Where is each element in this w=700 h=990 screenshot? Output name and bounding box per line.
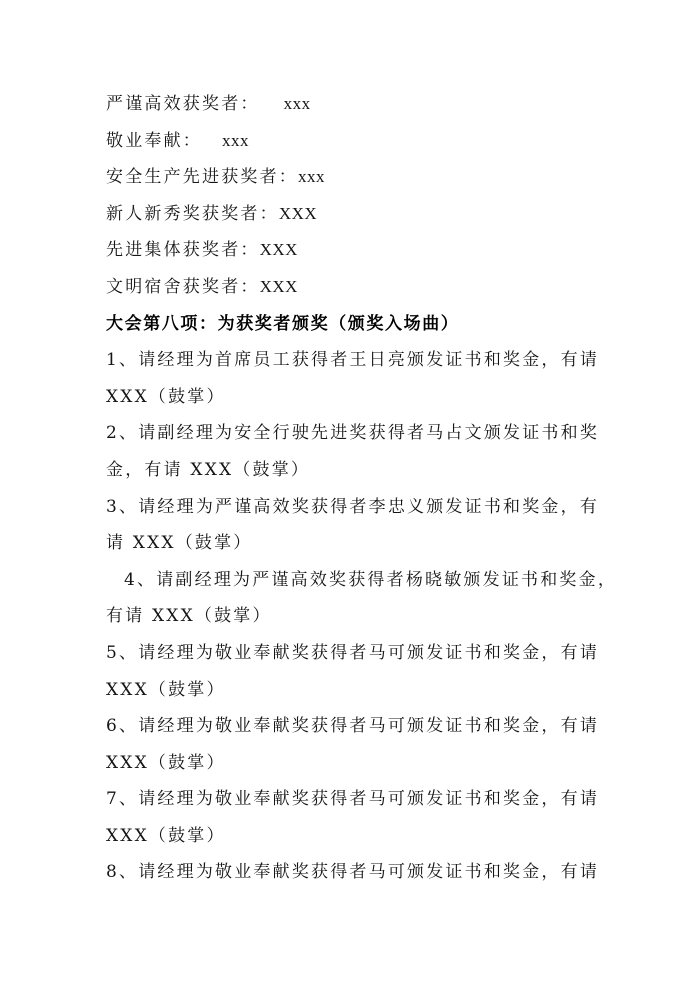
presentation-3-line-2: 请 XXX（鼓掌） [106, 525, 596, 562]
section-heading: 大会第八项：为获奖者颁奖（颁奖入场曲） [106, 306, 596, 343]
award-label: 先进集体获奖者： [106, 240, 260, 260]
award-label: 文明宿舍获奖者： [106, 277, 260, 297]
award-winner: xxx [222, 131, 249, 150]
document-body: 严谨高效获奖者：xxx 敬业奉献：xxx 安全生产先进获奖者：xxx 新人新秀奖… [106, 86, 596, 891]
award-winner: xxx [284, 94, 311, 113]
award-line-newcomer: 新人新秀奖获奖者：XXX [106, 196, 596, 233]
presentation-1-line-2: XXX（鼓掌） [106, 379, 596, 416]
presentation-6-line-2: XXX（鼓掌） [106, 745, 596, 782]
document-page: 严谨高效获奖者：xxx 敬业奉献：xxx 安全生产先进获奖者：xxx 新人新秀奖… [0, 0, 700, 990]
award-label: 新人新秀奖获奖者： [106, 204, 279, 224]
award-line-rigorous-efficient: 严谨高效获奖者：xxx [106, 86, 596, 123]
award-winner: XXX [279, 204, 317, 223]
presentation-8-line-1: 8、请经理为敬业奉献奖获得者马可颁发证书和奖金，有请 [106, 854, 596, 891]
award-line-safety: 安全生产先进获奖者：xxx [106, 159, 596, 196]
presentation-2-line-1: 2、请副经理为安全行驶先进奖获得者马占文颁发证书和奖 [106, 415, 596, 452]
award-label: 安全生产先进获奖者： [106, 167, 298, 187]
presentation-1-line-1: 1、请经理为首席员工获得者王日亮颁发证书和奖金，有请 [106, 342, 596, 379]
presentation-3-line-1: 3、请经理为严谨高效奖获得者李忠义颁发证书和奖金，有 [106, 489, 596, 526]
presentation-6-line-1: 6、请经理为敬业奉献奖获得者马可颁发证书和奖金，有请 [106, 708, 596, 745]
award-line-dedication: 敬业奉献：xxx [106, 123, 596, 160]
presentation-5-line-2: XXX（鼓掌） [106, 672, 596, 709]
presentation-5-line-1: 5、请经理为敬业奉献奖获得者马可颁发证书和奖金，有请 [106, 635, 596, 672]
presentation-2-line-2: 金，有请 XXX（鼓掌） [106, 452, 596, 489]
award-line-collective: 先进集体获奖者：XXX [106, 232, 596, 269]
award-winner: xxx [298, 167, 325, 186]
award-winner: XXX [260, 277, 298, 296]
presentation-7-line-2: XXX（鼓掌） [106, 818, 596, 855]
award-label: 严谨高效获奖者： [106, 94, 260, 114]
award-line-dormitory: 文明宿舍获奖者：XXX [106, 269, 596, 306]
presentation-7-line-1: 7、请经理为敬业奉献奖获得者马可颁发证书和奖金，有请 [106, 781, 596, 818]
presentation-4-line-2: 有请 XXX（鼓掌） [106, 598, 596, 635]
award-winner: XXX [260, 240, 298, 259]
award-label: 敬业奉献： [106, 131, 202, 151]
presentation-4-line-1: 4、请副经理为严谨高效奖获得者杨晓敏颁发证书和奖金， [106, 562, 596, 599]
